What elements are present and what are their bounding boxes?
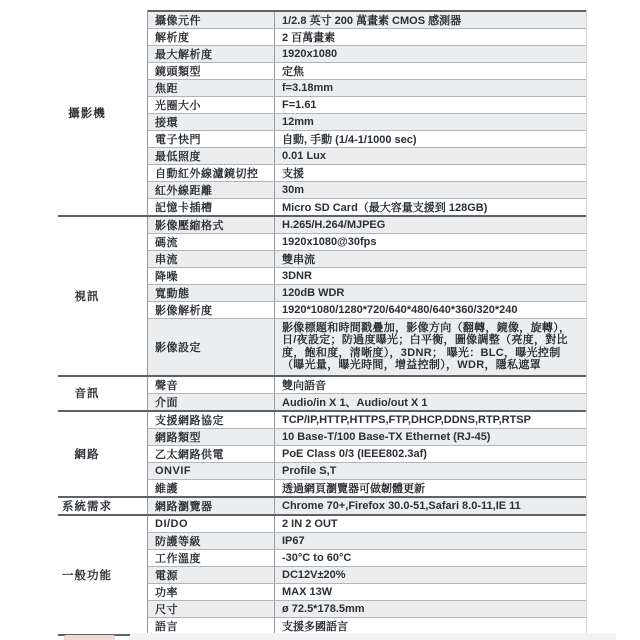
category-label: 系統需求 [58,498,116,514]
spec-name-cell: 寬動態 [148,285,275,301]
spec-row: 功率MAX 13W [148,583,586,600]
spec-row: 接環12mm [148,113,586,130]
category-label: 音訊 [58,385,116,401]
spec-value-cell: PoE Class 0/3 (IEEE802.3af) [275,446,586,462]
spec-row: DI/DO2 IN 2 OUT [148,516,586,532]
spec-name-cell: 支援網路協定 [148,412,275,428]
spec-row: 尺寸ø 72.5*178.5mm [148,600,586,617]
bottom-partial-element [64,635,115,640]
spec-name-cell: 電源 [148,567,275,583]
spec-name-cell: 鏡頭類型 [148,63,275,79]
spec-name-cell: 焦距 [148,80,275,96]
spec-name-cell: 語言 [148,618,275,634]
spec-value-cell: H.265/H.264/MJPEG [275,217,586,233]
spec-value-cell: 30m [275,182,586,198]
spec-row: 攝像元件1/2.8 英寸 200 萬畫素 CMOS 感測器 [148,12,586,28]
spec-value-cell: Micro SD Card（最大容量支援到 128GB) [275,199,586,215]
spec-row: 光圈大小F=1.61 [148,96,586,113]
spec-value-cell: ø 72.5*178.5mm [275,601,586,617]
spec-name-cell: 記憶卡插槽 [148,199,275,215]
spec-value-cell: 1920x1080@30fps [275,234,586,250]
spec-group: 視訊影像壓縮格式H.265/H.264/MJPEG碼流1920x1080@30f… [58,215,586,375]
spec-value-cell: MAX 13W [275,584,586,600]
spec-value-cell: 影像標題和時間戳疊加，影像方向（翻轉，鏡像，旋轉），日/夜設定；防過度曝光；白平… [275,319,586,375]
spec-value-cell: 12mm [275,114,586,130]
category-cell: 音訊 [58,377,148,410]
spec-value-cell: TCP/IP,HTTP,HTTPS,FTP,DHCP,DDNS,RTP,RTSP [275,412,586,428]
spec-name-cell: ONVIF [148,463,275,479]
spec-value-cell: 1/2.8 英寸 200 萬畫素 CMOS 感測器 [275,12,586,28]
page-bottom-band [130,633,616,640]
category-label: 網路 [58,446,116,462]
spec-row: 鏡頭類型定焦 [148,62,586,79]
spec-value-cell: 支援多國語言 [275,618,586,634]
spec-name-cell: 光圈大小 [148,97,275,113]
spec-name-cell: 自動紅外線濾鏡切控 [148,165,275,181]
spec-name-cell: 聲音 [148,377,275,393]
spec-name-cell: 工作溫度 [148,550,275,566]
spec-row: 焦距f=3.18mm [148,79,586,96]
spec-value-cell: 2 百萬畫素 [275,29,586,45]
spec-row: ONVIFProfile S,T [148,462,586,479]
spec-row: 防護等級IP67 [148,532,586,549]
spec-row: 自動紅外線濾鏡切控支援 [148,164,586,181]
spec-name-cell: 介面 [148,394,275,410]
spec-row: 聲音雙向語音 [148,377,586,393]
category-cell: 網路 [58,412,148,496]
category-cell: 一般功能 [58,516,148,634]
spec-value-cell: 0.01 Lux [275,148,586,164]
spec-value-cell: 雙串流 [275,251,586,267]
spec-name-cell: DI/DO [148,516,275,532]
spec-value-cell: f=3.18mm [275,80,586,96]
spec-value-cell: 支援 [275,165,586,181]
category-cell: 攝影機 [58,10,148,215]
spec-name-cell: 尺寸 [148,601,275,617]
spec-value-cell: 定焦 [275,63,586,79]
spec-row: 網路瀏覽器Chrome 70+,Firefox 30.0-51,Safari 8… [148,498,586,514]
spec-name-cell: 最大解析度 [148,46,275,62]
spec-row: 影像壓縮格式H.265/H.264/MJPEG [148,217,586,233]
spec-row: 碼流1920x1080@30fps [148,233,586,250]
spec-row: 降噪3DNR [148,267,586,284]
spec-row: 串流雙串流 [148,250,586,267]
spec-name-cell: 影像設定 [148,319,275,375]
spec-name-cell: 降噪 [148,268,275,284]
spec-value-cell: 3DNR [275,268,586,284]
spec-row: 影像解析度1920*1080/1280*720/640*480/640*360/… [148,301,586,318]
spec-value-cell: 透過網頁瀏覽器可做韌體更新 [275,480,586,496]
spec-value-cell: IP67 [275,533,586,549]
spec-value-cell: F=1.61 [275,97,586,113]
camera-spec-table: 攝影機攝像元件1/2.8 英寸 200 萬畫素 CMOS 感測器解析度2 百萬畫… [58,10,587,636]
category-label: 視訊 [58,288,116,304]
spec-value-cell: 2 IN 2 OUT [275,516,586,532]
spec-row: 電子快門自動, 手動 (1/4-1/1000 sec) [148,130,586,147]
spec-value-cell: 120dB WDR [275,285,586,301]
spec-name-cell: 碼流 [148,234,275,250]
spec-row: 支援網路協定TCP/IP,HTTP,HTTPS,FTP,DHCP,DDNS,RT… [148,412,586,428]
spec-name-cell: 最低照度 [148,148,275,164]
spec-name-cell: 影像壓縮格式 [148,217,275,233]
spec-row: 最大解析度1920x1080 [148,45,586,62]
spec-value-cell: Profile S,T [275,463,586,479]
category-label: 攝影機 [58,105,116,121]
spec-row: 最低照度0.01 Lux [148,147,586,164]
spec-row: 記憶卡插槽Micro SD Card（最大容量支援到 128GB) [148,198,586,215]
spec-name-cell: 功率 [148,584,275,600]
spec-name-cell: 影像解析度 [148,302,275,318]
spec-group: 系統需求網路瀏覽器Chrome 70+,Firefox 30.0-51,Safa… [58,496,586,514]
spec-group: 攝影機攝像元件1/2.8 英寸 200 萬畫素 CMOS 感測器解析度2 百萬畫… [58,10,586,215]
spec-row: 電源DC12V±20% [148,566,586,583]
spec-value-cell: 1920x1080 [275,46,586,62]
spec-name-cell: 紅外線距離 [148,182,275,198]
spec-name-cell: 接環 [148,114,275,130]
spec-row: 紅外線距離30m [148,181,586,198]
spec-value-cell: Chrome 70+,Firefox 30.0-51,Safari 8.0-11… [275,498,586,514]
spec-name-cell: 網路類型 [148,429,275,445]
category-cell: 系統需求 [58,498,148,514]
spec-row: 網路類型10 Base-T/100 Base-TX Ethernet (RJ-4… [148,428,586,445]
spec-name-cell: 乙太網路供電 [148,446,275,462]
spec-value-cell: 10 Base-T/100 Base-TX Ethernet (RJ-45) [275,429,586,445]
spec-name-cell: 攝像元件 [148,12,275,28]
spec-group: 一般功能DI/DO2 IN 2 OUT防護等級IP67工作溫度-30°C to … [58,514,586,634]
spec-row: 工作溫度-30°C to 60°C [148,549,586,566]
spec-value-cell: DC12V±20% [275,567,586,583]
spec-row: 寬動態120dB WDR [148,284,586,301]
spec-name-cell: 防護等級 [148,533,275,549]
spec-row: 乙太網路供電PoE Class 0/3 (IEEE802.3af) [148,445,586,462]
category-label: 一般功能 [58,567,116,583]
spec-value-cell: 自動, 手動 (1/4-1/1000 sec) [275,131,586,147]
spec-row: 維護透過網頁瀏覽器可做韌體更新 [148,479,586,496]
spec-row: 解析度2 百萬畫素 [148,28,586,45]
spec-name-cell: 解析度 [148,29,275,45]
category-cell: 視訊 [58,217,148,375]
spec-row: 語言支援多國語言 [148,617,586,634]
spec-group: 音訊聲音雙向語音介面Audio/in X 1、Audio/out X 1 [58,375,586,410]
spec-value-cell: 雙向語音 [275,377,586,393]
spec-row: 介面Audio/in X 1、Audio/out X 1 [148,393,586,410]
spec-name-cell: 串流 [148,251,275,267]
spec-name-cell: 維護 [148,480,275,496]
spec-value-cell: -30°C to 60°C [275,550,586,566]
spec-name-cell: 電子快門 [148,131,275,147]
spec-value-cell: 1920*1080/1280*720/640*480/640*360/320*2… [275,302,586,318]
spec-row: 影像設定影像標題和時間戳疊加，影像方向（翻轉，鏡像，旋轉），日/夜設定；防過度曝… [148,318,586,375]
spec-name-cell: 網路瀏覽器 [148,498,275,514]
spec-value-cell: Audio/in X 1、Audio/out X 1 [275,394,586,410]
spec-group: 網路支援網路協定TCP/IP,HTTP,HTTPS,FTP,DHCP,DDNS,… [58,410,586,496]
